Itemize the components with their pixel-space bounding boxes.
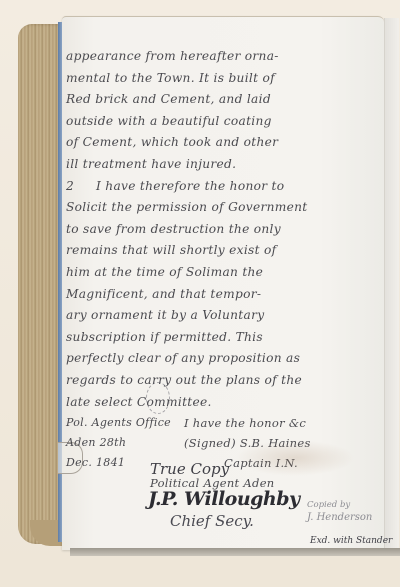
true-copy-label: True Copy xyxy=(150,460,229,478)
body-line-paragraph-start: 2I have therefore the honor to xyxy=(66,176,386,198)
faded-stamp xyxy=(235,440,355,476)
marginal-note-copier: J. Henderson xyxy=(307,512,372,523)
marginal-note-copied: Copied by xyxy=(307,500,350,510)
book-page-stack xyxy=(18,24,62,544)
body-line: to save from destruction the only xyxy=(66,219,386,241)
attestation-signature: J.P. Willoughby xyxy=(148,488,300,510)
body-line: remains that will shortly exist of xyxy=(66,240,386,262)
closing-salutation: I have the honor &c xyxy=(184,413,311,433)
round-ink-mark xyxy=(146,382,170,414)
body-line: mental to the Town. It is built of xyxy=(66,68,386,90)
closing-office: Pol. Agents Office xyxy=(66,413,171,433)
body-line: late select Committee. xyxy=(66,392,386,414)
body-line: outside with a beautiful coating xyxy=(66,111,386,133)
paragraph-number: 2 xyxy=(66,176,96,198)
body-line: Red brick and Cement, and laid xyxy=(66,89,386,111)
body-line: perfectly clear of any proposition as xyxy=(66,348,386,370)
body-line: Magnificent, and that tempor- xyxy=(66,284,386,306)
body-line: ill treatment have injured. xyxy=(66,154,386,176)
attestation-title: Chief Secy. xyxy=(170,512,254,530)
body-line: him at the time of Soliman the xyxy=(66,262,386,284)
body-line: ary ornament it by a Voluntary xyxy=(66,305,386,327)
body-line: regards to carry out the plans of the xyxy=(66,370,386,392)
body-line: subscription if permitted. This xyxy=(66,327,386,349)
closing-date: Aden 28th xyxy=(66,433,171,453)
body-line: of Cement, which took and other xyxy=(66,132,386,154)
body-line: appearance from hereafter orna- xyxy=(66,46,386,68)
body-line-text: I have therefore the honor to xyxy=(96,179,284,193)
marginal-note-examined: Exd. with Stander xyxy=(310,536,392,546)
letter-body: appearance from hereafter orna- mental t… xyxy=(66,46,386,483)
page-bottom-edge xyxy=(70,548,400,556)
body-line: Solicit the permission of Government xyxy=(66,197,386,219)
page-right-edge xyxy=(384,18,399,553)
